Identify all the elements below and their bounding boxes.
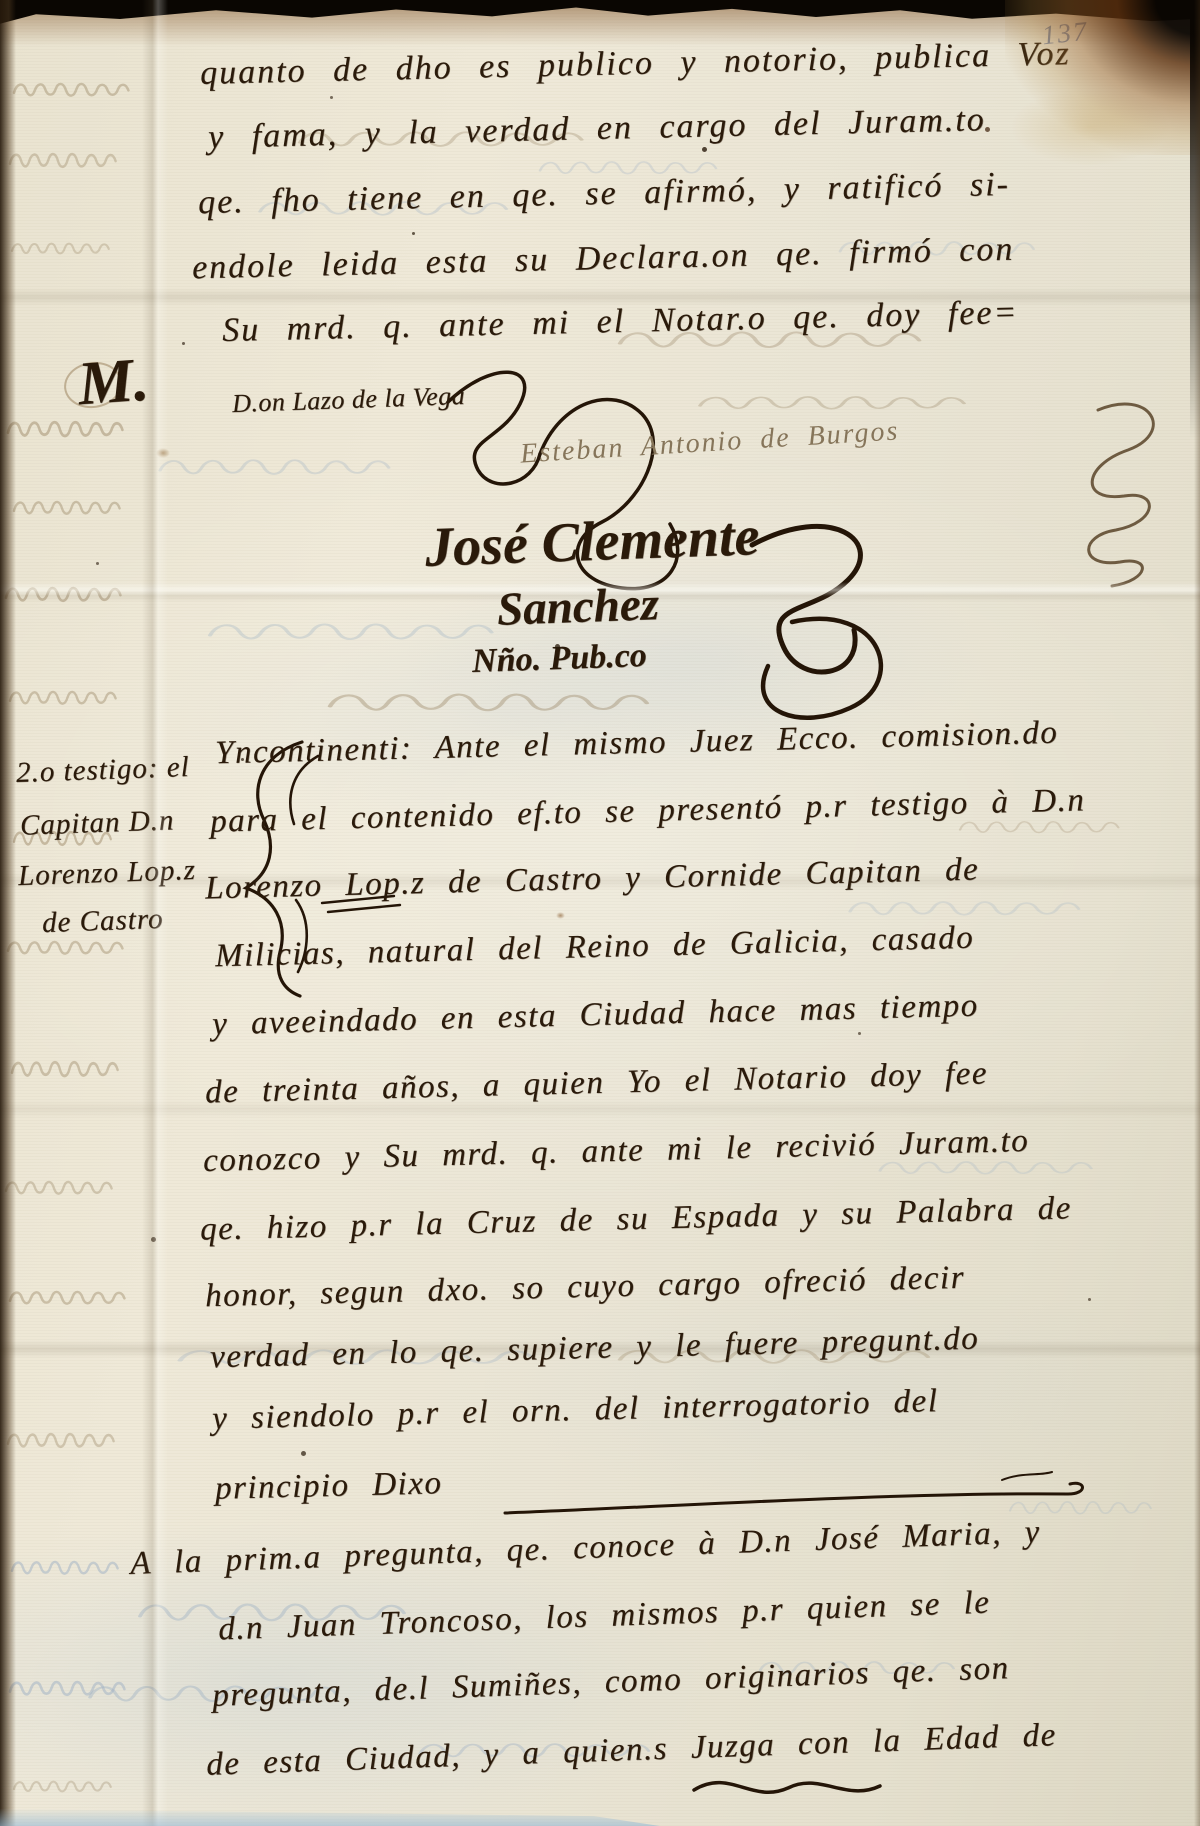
corner-burn: [1005, 0, 1200, 155]
notary-signature-name: José Clemente: [424, 506, 760, 579]
right-edge-shade: [1194, 0, 1200, 1826]
underlying-page-edge: [142, 0, 168, 1826]
binding-gutter: [0, 0, 16, 1826]
testimony-line: principio Dixo: [215, 1465, 443, 1507]
notary-paraph: M.: [76, 346, 151, 419]
notary-signature-title: Nño. Pub.co: [471, 637, 647, 680]
notary-signature-surname: Sanchez: [496, 579, 660, 636]
ink-stain: [556, 912, 565, 919]
page-scan: 137 quanto de dho es publico y notorio, …: [0, 0, 1200, 1826]
margin-note-line: Lorenzo Lop.z: [17, 855, 196, 893]
fold-crease: [0, 1100, 1200, 1118]
